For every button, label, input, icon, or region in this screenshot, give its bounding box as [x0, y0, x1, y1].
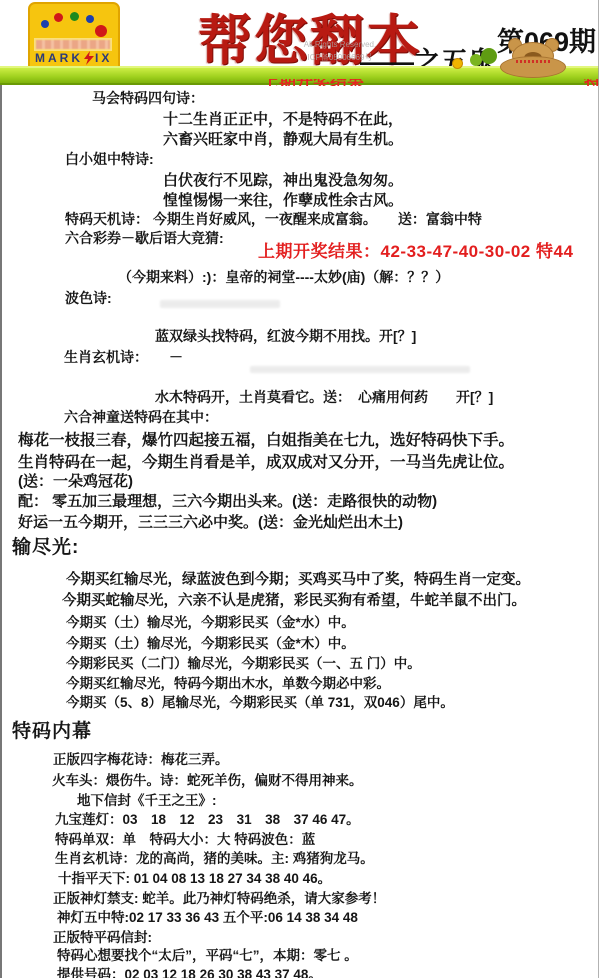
luck-hint-line: 好运一五今期开，三三三六必中奖。(送：金光灿烂出木土) — [18, 511, 403, 532]
shujinguang-line: 今期买蛇输尽光，六亲不认是虎猪，彩民买狗有希望，牛蛇羊鼠不出门。 — [62, 589, 526, 610]
underground-envelope-label: 地下信封《千王之王》: — [77, 789, 217, 809]
label-child-prodigy: 六合神童送特码在其中： — [64, 407, 218, 427]
odd-even-size-color-line: 特码单双：单 特码大小：大 特码波色：蓝 — [55, 828, 315, 848]
logo-brand-mark: MARK — [35, 51, 83, 65]
label-wave-color-poem: 波色诗: — [65, 288, 112, 308]
lightning-icon — [82, 51, 96, 65]
erased-text-smudge — [250, 366, 470, 373]
shujinguang-line: 今期彩民买（二门）输尽光，今期彩民买（一、五 门）中。 — [66, 652, 421, 672]
erased-text-smudge — [160, 300, 280, 308]
logo-dot-red2 — [95, 25, 107, 37]
label-zodiac-mystery-poem: 生肖玄机诗： － — [64, 347, 183, 367]
poem-line: 十二生肖正正中，不是特码不在此， — [163, 108, 403, 129]
match-hint-line: 配： 零五加三最理想，三六今期出头来。(送：走路很快的动物) — [18, 490, 437, 511]
label-horse-club-poem: 马会特码四句诗： — [92, 88, 204, 108]
nine-lotus-numbers: 九宝莲灯：03 18 12 23 31 38 37 46 47。 — [55, 808, 360, 828]
previous-draw-result: 上期开奖结果：42-33-47-40-30-02 特44 — [258, 237, 573, 262]
shujinguang-line: 今期买（土）输尽光，今期彩民买（金*木）中。 — [66, 632, 355, 652]
logo-dot-red — [54, 13, 63, 22]
yellow-ball-deco — [452, 58, 463, 69]
logo-dot-green — [70, 12, 79, 21]
prodigy-poem-line: 生肖特码在一起，今期生肖看是羊，成双成对又分开，一马当先虎让位。 — [18, 450, 514, 472]
wave-color-poem-line: 蓝双绿头找特码，红波今期不用找。开[？] — [155, 326, 416, 346]
ten-fingers-numbers: 十指平天下: 01 04 08 13 18 27 34 38 40 46。 — [58, 867, 331, 887]
poem-line: 六畜兴旺家中肖，静观大局有生机。 — [163, 128, 403, 149]
shujinguang-line: 今期买（土）输尽光，今期彩民买（金*水）中。 — [66, 611, 355, 631]
special-flat-envelope-label: 正版特平码信封: — [53, 926, 152, 946]
provided-numbers-line: 提供号码：02 03 12 18 26 30 38 43 37 48。 — [57, 963, 322, 978]
section-header-shujinguang: 输尽光: — [12, 532, 79, 559]
lottery-tip-sheet: MARK IX 帮您翻本 ——之五鬼 第069期 All Rights Rese… — [0, 0, 599, 978]
label-miss-white-poem: 白小姐中特诗: — [65, 149, 154, 169]
logo-dot-blue — [41, 20, 49, 28]
shujinguang-line: 今期买红输尽光，绿蓝波色到今期；买鸡买马中了奖，特码生肖一定变。 — [66, 568, 530, 589]
prodigy-poem-line: 梅花一枝报三春，爆竹四起接五福，白姐指美在七九，选好特码快下手。 — [18, 428, 514, 450]
section-header-tema-neimu: 特码内幕 — [12, 716, 92, 743]
magic-lamp-ban-line: 正版神灯禁支: 蛇羊。此乃神灯特码绝杀，请大家参考！ — [53, 887, 385, 907]
tree-icon — [481, 48, 497, 64]
watermark-copyright: All Rights Reserved. — [210, 40, 470, 49]
train-head-line: 火车头：煨伤牛。诗：蛇死羊伤，偏财不得用神来。 — [52, 769, 363, 789]
shujinguang-line: 今期买红输尽光，特码今期出木水，单数今期必中彩。 — [66, 672, 390, 692]
hidden-banner-text: 上期开奖结果 — [262, 79, 492, 86]
label-riddle-contest: 六合彩券－歇后语大竞猜: — [65, 228, 224, 248]
hidden-banner-sliver: 上期开奖结果 — [262, 79, 492, 86]
hidden-banner-fragment-text: 特 — [584, 79, 598, 86]
gift-hint-line: (送：一朵鸡冠花) — [18, 470, 133, 491]
riddle-line: （今期来料）:)：皇帝的祠堂----太妙(庙)（解：？？） — [118, 267, 449, 287]
watermark-icp: ICP备05006669号 — [210, 52, 470, 63]
plum-poem-line: 正版四字梅花诗：梅花三弄。 — [53, 748, 229, 768]
page-left-border — [0, 85, 2, 978]
heaven-secret-poem-line: 特码天机诗： 今期生肖好威风，一夜醒来成富翁。 送：富翁中特 — [65, 209, 482, 229]
bear-red-stitch-dots — [516, 60, 550, 63]
poem-line: 白伏夜行不见踪，神出鬼没急匆匆。 — [163, 169, 403, 190]
hidden-banner-fragment: 特 — [584, 79, 598, 86]
zodiac-mystery-bottom-line: 生肖玄机诗：龙的高尚，猪的美味。主: 鸡猪狗龙马。 — [55, 847, 374, 867]
mark-six-logo: MARK IX — [28, 2, 120, 76]
special-code-wish-line: 特码心想要找个“太后”，平码“七”，本期：零七 。 — [57, 944, 358, 964]
shujinguang-line: 今期买（5、8）尾输尽光，今期彩民买（单 731，双046）尾中。 — [66, 691, 454, 711]
poem-line: 惶惶惕惕一来往，作孽成性余古风。 — [163, 189, 403, 210]
magic-lamp-five-hits: 神灯五中特:02 17 33 36 43 五个平:06 14 38 34 48 — [57, 906, 358, 926]
logo-brand-ix: IX — [95, 51, 112, 65]
logo-dot-blue2 — [86, 15, 94, 23]
logo-white-overlay — [34, 38, 112, 51]
zodiac-mystery-line: 水木特码开，土肖莫看它。送： 心痛用何药 开[？] — [155, 387, 493, 407]
